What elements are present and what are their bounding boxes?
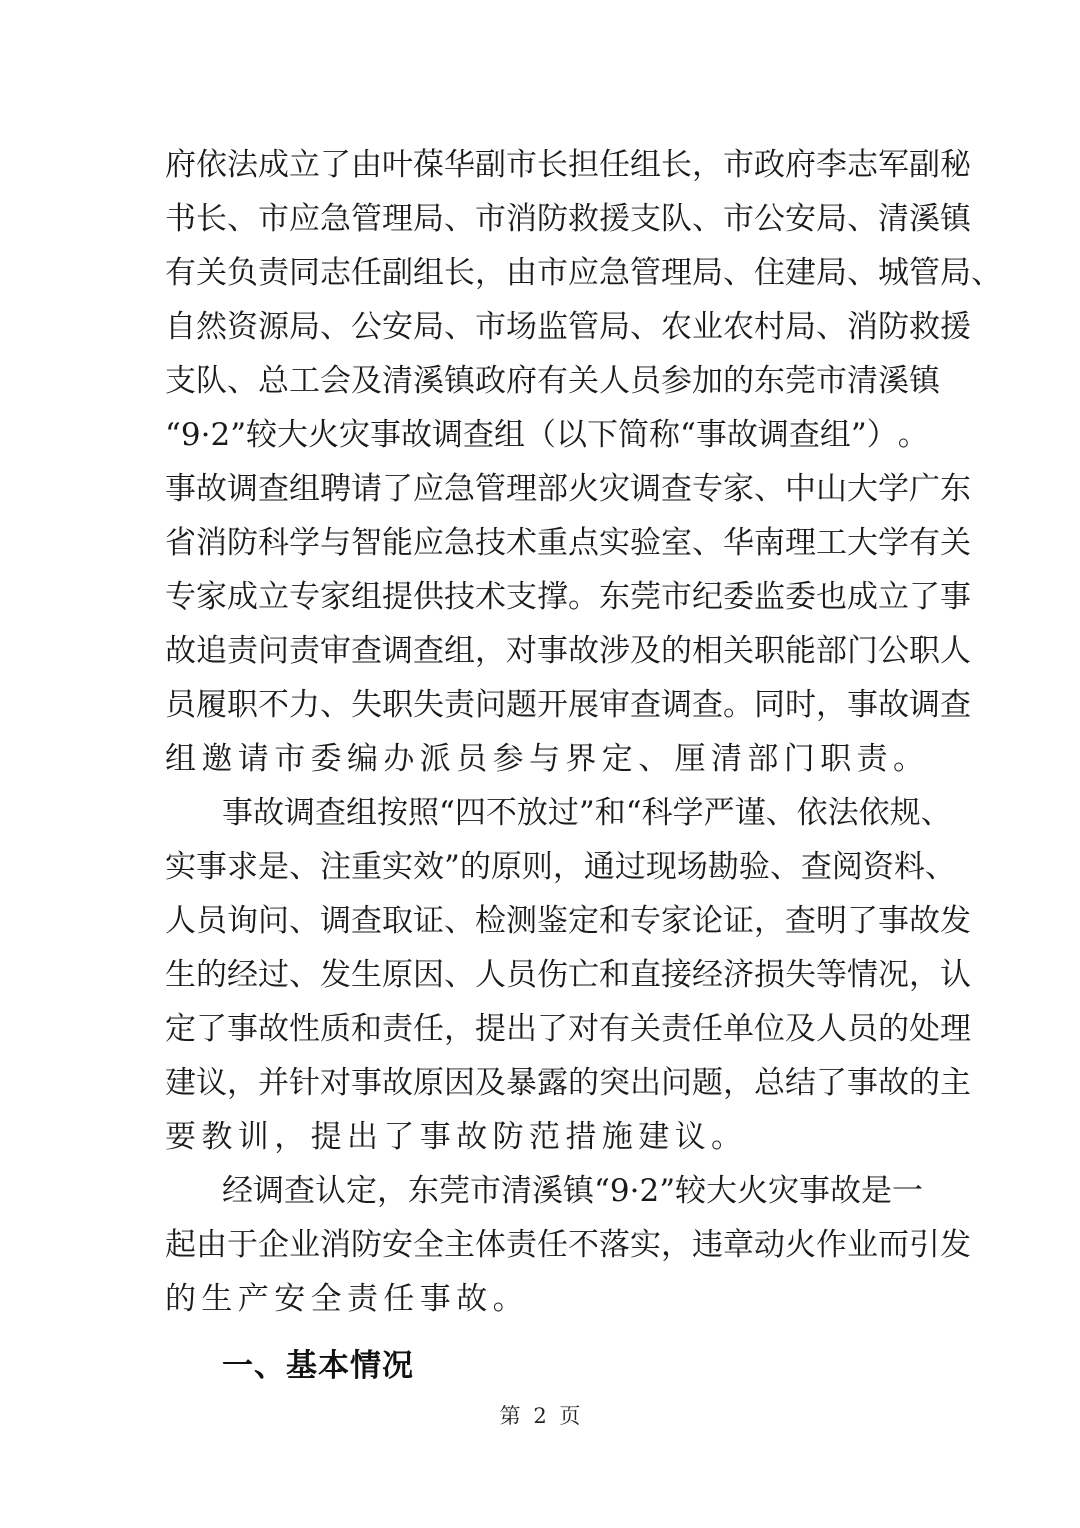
page-number: 第 2 页 bbox=[0, 1402, 1080, 1430]
text-line: 定了事故性质和责任，提出了对有关责任单位及人员的处理 bbox=[165, 1009, 917, 1049]
text-line: 的生产安全责任事故。 bbox=[165, 1279, 917, 1319]
text-line: 省消防科学与智能应急技术重点实验室、华南理工大学有关 bbox=[165, 523, 917, 563]
text-line: 实事求是、注重实效”的原则，通过现场勘验、查阅资料、 bbox=[165, 847, 917, 887]
text-line: 要教训，提出了事故防范措施建议。 bbox=[165, 1117, 917, 1157]
text-line: 有关负责同志任副组长，由市应急管理局、住建局、城管局、 bbox=[165, 253, 917, 293]
text-line: “9·2”较大火灾事故调查组（以下简称“事故调查组”）。 bbox=[165, 415, 917, 455]
text-line: 生的经过、发生原因、人员伤亡和直接经济损失等情况，认 bbox=[165, 955, 917, 995]
text-line: 员履职不力、失职失责问题开展审查调查。同时，事故调查 bbox=[165, 685, 917, 725]
document-page: 府依法成立了由叶葆华副市长担任组长，市政府李志军副秘 书长、市应急管理局、市消防… bbox=[0, 0, 1080, 1528]
text-line: 事故调查组按照“四不放过”和“科学严谨、依法依规、 bbox=[222, 793, 917, 833]
text-line: 支队、总工会及清溪镇政府有关人员参加的东莞市清溪镇 bbox=[165, 361, 917, 401]
text-line: 事故调查组聘请了应急管理部火灾调查专家、中山大学广东 bbox=[165, 469, 917, 509]
text-line: 组邀请市委编办派员参与界定、厘清部门职责。 bbox=[165, 739, 917, 779]
section-heading: 一、基本情况 bbox=[222, 1346, 414, 1386]
text-line: 人员询问、调查取证、检测鉴定和专家论证，查明了事故发 bbox=[165, 901, 917, 941]
text-line: 故追责问责审查调查组，对事故涉及的相关职能部门公职人 bbox=[165, 631, 917, 671]
text-line: 起由于企业消防安全主体责任不落实，违章动火作业而引发 bbox=[165, 1225, 917, 1265]
text-line: 府依法成立了由叶葆华副市长担任组长，市政府李志军副秘 bbox=[165, 145, 917, 185]
text-line: 经调查认定，东莞市清溪镇“9·2”较大火灾事故是一 bbox=[222, 1171, 917, 1211]
text-line: 建议，并针对事故原因及暴露的突出问题，总结了事故的主 bbox=[165, 1063, 917, 1103]
text-line: 自然资源局、公安局、市场监管局、农业农村局、消防救援 bbox=[165, 307, 917, 347]
text-line: 专家成立专家组提供技术支撑。东莞市纪委监委也成立了事 bbox=[165, 577, 917, 617]
text-line: 书长、市应急管理局、市消防救援支队、市公安局、清溪镇 bbox=[165, 199, 917, 239]
